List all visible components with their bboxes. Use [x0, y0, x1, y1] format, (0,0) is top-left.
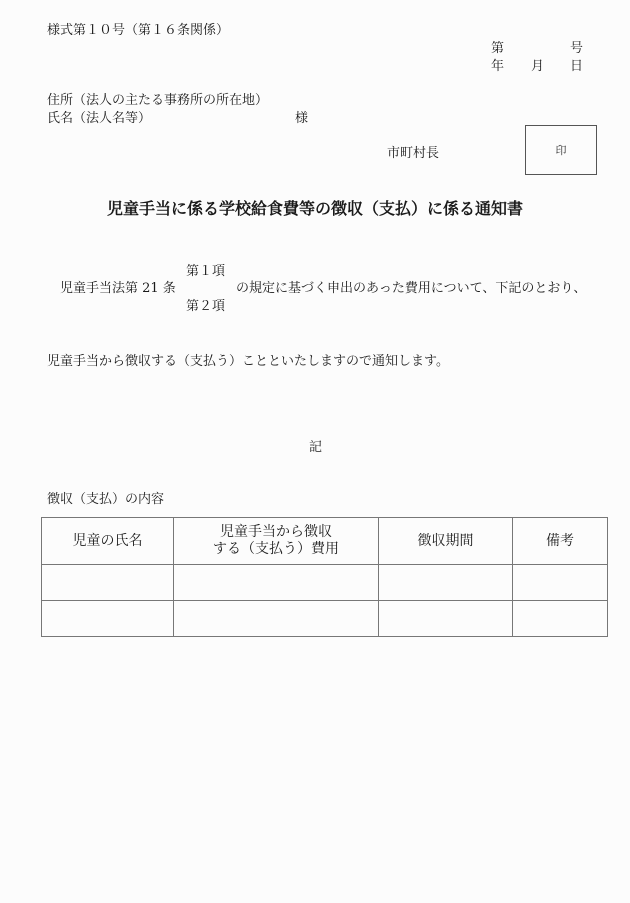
header-fee: 児童手当から徴収 する（支払う）費用: [174, 518, 379, 565]
seal-box: 印: [525, 125, 597, 175]
ki-marker: 記: [309, 440, 322, 456]
table-row: [42, 601, 608, 637]
cell-remarks[interactable]: [513, 601, 608, 637]
cell-remarks[interactable]: [513, 565, 608, 601]
recipient-honorific: 様: [295, 111, 308, 127]
seal-label: 印: [556, 142, 567, 158]
cell-fee[interactable]: [174, 601, 379, 637]
recipient-name-label: 氏名（法人名等）: [47, 111, 151, 127]
date-day: 日: [570, 59, 583, 75]
paragraph-2-option: 第２項: [186, 299, 225, 315]
document-number-suffix: 号: [570, 41, 583, 57]
cell-collection-period[interactable]: [379, 601, 513, 637]
recipient-address-label: 住所（法人の主たる事務所の所在地）: [47, 93, 268, 109]
document-number-prefix: 第: [491, 41, 504, 57]
header-child-name: 児童の氏名: [42, 518, 174, 565]
cell-child-name[interactable]: [42, 565, 174, 601]
section-label: 徴収（支払）の内容: [47, 492, 164, 508]
header-collection-period: 徴収期間: [379, 518, 513, 565]
document-title: 児童手当に係る学校給食費等の徴収（支払）に係る通知書: [0, 199, 630, 219]
cell-collection-period[interactable]: [379, 565, 513, 601]
paragraph-1-option: 第１項: [186, 264, 225, 280]
date-year: 年: [491, 59, 504, 75]
table-row: [42, 565, 608, 601]
cell-child-name[interactable]: [42, 601, 174, 637]
body-line-2: 児童手当から徴収する（支払う）ことといたしますので通知します。: [47, 354, 449, 370]
date-month: 月: [531, 59, 544, 75]
law-reference: 児童手当法第 21 条: [60, 281, 176, 297]
form-number: 様式第１０号（第１６条関係）: [47, 23, 229, 39]
cell-fee[interactable]: [174, 565, 379, 601]
table-header-row: 児童の氏名 児童手当から徴収 する（支払う）費用 徴収期間 備考: [42, 518, 608, 565]
header-remarks: 備考: [513, 518, 608, 565]
issuer-title: 市町村長: [387, 146, 439, 162]
body-line-1: の規定に基づく申出のあった費用について、下記のとおり、: [236, 281, 586, 297]
content-table: 児童の氏名 児童手当から徴収 する（支払う）費用 徴収期間 備考: [41, 517, 608, 637]
